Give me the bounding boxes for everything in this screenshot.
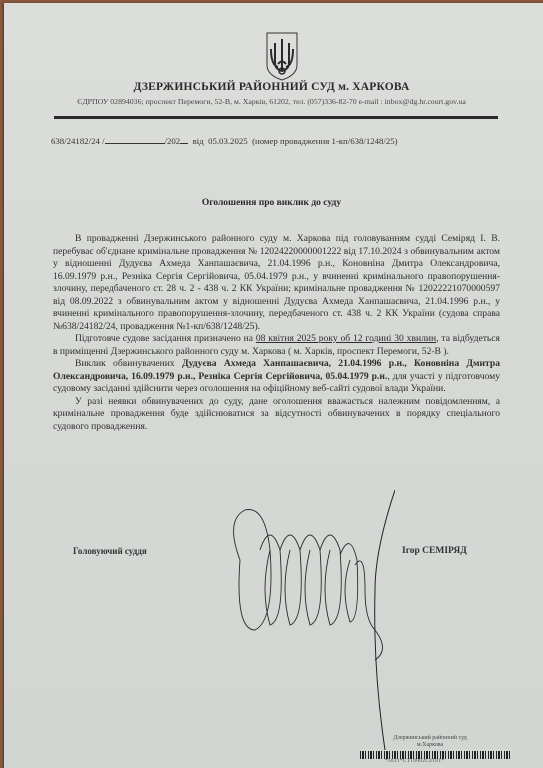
- court-contacts: ЄДРПОУ 02894036; проспект Перемоги, 52-В…: [0, 97, 543, 106]
- year-prefix: /202: [165, 136, 181, 146]
- date-label: від: [193, 136, 204, 146]
- ukraine-trident-icon: [264, 31, 300, 81]
- notice-title: Оголошення про виклик до суду: [0, 198, 543, 208]
- proceeding-number: (номер провадження 1-кп/638/1248/25): [252, 136, 398, 146]
- blank-field: [105, 135, 165, 144]
- handwritten-signature: [225, 490, 395, 750]
- registry-stamp: Дзержинський районний суд м.Харкова: [375, 735, 485, 749]
- barcode-digits: *3031*CT10002C4181*: [385, 759, 444, 764]
- paragraph-summons: Виклик обвинувачених Дудуєва Ахмеда Ханп…: [53, 358, 500, 396]
- hearing-datetime: 08 квітня 2025 року об 12 годині 30 хвил…: [256, 333, 436, 344]
- stamp-city: м.Харкова: [375, 742, 485, 749]
- notice-body: В провадженні Дзержинського районного су…: [53, 233, 500, 433]
- stamp-court: Дзержинський районний суд: [375, 735, 485, 742]
- court-name: ДЗЕРЖИНСЬКИЙ РАЙОННИЙ СУД м. ХАРКОВА: [0, 81, 543, 93]
- summons-text: Виклик обвинувачених: [75, 358, 182, 369]
- judge-name: Ігор СЕМІРЯД: [402, 546, 467, 556]
- paragraph-case-info: В провадженні Дзержинського районного су…: [53, 233, 500, 333]
- blank-field: [180, 135, 188, 144]
- reference-date: 05.03.2025: [208, 136, 248, 146]
- hearing-text: Підготовче судове засідання призначено н…: [75, 333, 256, 344]
- case-number: 638/24182/24 /: [51, 136, 105, 146]
- paragraph-absence: У разі неявки обвинувачених до суду, дан…: [53, 396, 500, 434]
- barcode: [360, 751, 510, 759]
- paragraph-hearing: Підготовче судове засідання призначено н…: [53, 333, 500, 358]
- signature-label: Головуючий суддя: [73, 546, 147, 556]
- reference-line: 638/24182/24 //202 від 05.03.2025 (номер…: [51, 135, 398, 146]
- header-divider: [54, 116, 498, 119]
